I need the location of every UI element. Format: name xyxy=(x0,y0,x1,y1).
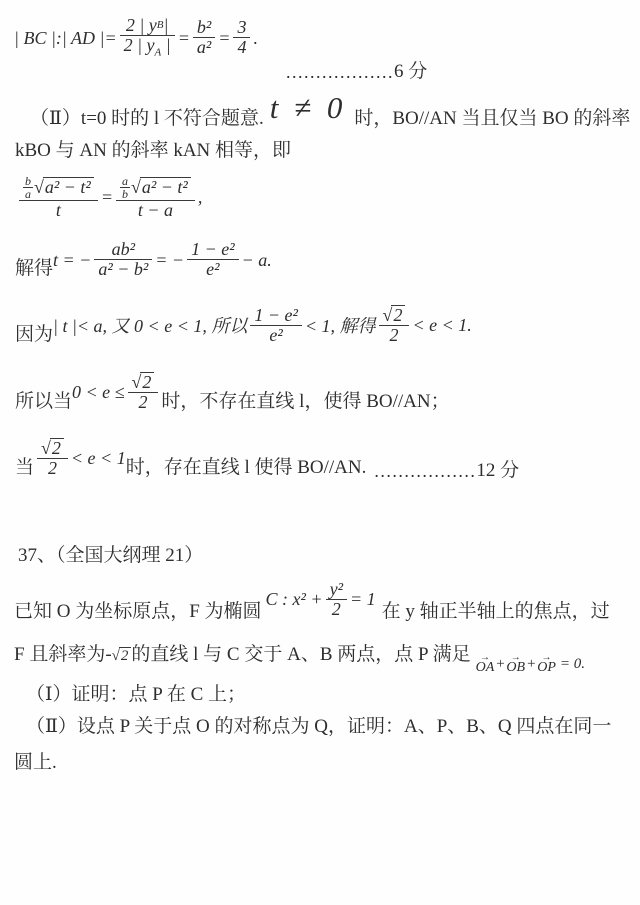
fraction-numerator: ab² xyxy=(94,240,152,259)
fraction-numerator: y² xyxy=(326,580,347,599)
small-den: b xyxy=(120,187,130,200)
radicand: 2 xyxy=(50,438,64,458)
small-num: b xyxy=(23,175,33,187)
equals-zero: = 0. xyxy=(560,656,585,673)
fraction-numerator: ba √a² − t² xyxy=(19,175,98,200)
formula-slopes-equal: ba √a² − t² t = ab √a² − t² t − a , xyxy=(16,175,202,220)
fraction-sqrt2-2: √2 2 xyxy=(128,372,159,413)
radical: √2 xyxy=(383,305,406,325)
fraction-numerator: 3 xyxy=(233,18,250,37)
line-circle-end: 圆上. xyxy=(14,750,57,777)
part2-text: （Ⅱ）设点 P 关于点 O 的对称点为 Q，证明：A、P、B、Q 四点在同一 xyxy=(26,714,611,741)
radicand: 2 xyxy=(119,647,132,665)
fraction-numerator: ab √a² − t² xyxy=(116,175,195,200)
label-therefore: 所以当 xyxy=(15,389,72,416)
line-when: 当 √2 2 < e < 1 时，存在直线 l 使得 BO//AN. .....… xyxy=(15,438,519,482)
given-text-a: 已知 O 为坐标原点，F 为椭圆 xyxy=(14,599,262,626)
fraction-denominator: e² xyxy=(250,325,302,345)
formula-e-range-2: √2 2 < e < 1 xyxy=(34,438,126,479)
formula-e-range-1: 0 < e ≤ √2 2 xyxy=(72,372,161,413)
problem-heading: 37、（全国大纲理 21） xyxy=(18,543,203,570)
fraction-denominator: 2 xyxy=(379,325,410,345)
t-equals: t = − xyxy=(53,250,91,271)
vector-ob: →OB xyxy=(506,654,525,675)
fraction-denominator: t xyxy=(19,200,98,220)
ineq-text-1: | t |< a, 又 0 < e < 1, 所以 xyxy=(53,312,247,338)
fraction-b2-a2: b² a² xyxy=(193,18,215,58)
fraction-numerator: √2 xyxy=(37,438,68,458)
circle-end-text: 圆上. xyxy=(14,750,57,777)
radical: √2 xyxy=(41,438,64,458)
num-close: | xyxy=(164,16,169,35)
dot-leader: .................. xyxy=(286,62,394,83)
conclusion-exists-line: 时，存在直线 l 使得 BO//AN. xyxy=(126,455,367,482)
slope-text-a: F 且斜率为- xyxy=(14,642,112,669)
period: . xyxy=(253,28,258,49)
ellipse-rhs: = 1 xyxy=(350,589,376,610)
fraction-1-e2: 1 − e² e² xyxy=(250,306,302,346)
line-given: 已知 O 为坐标原点，F 为椭圆 C : x² + y² 2 = 1 在 y 轴… xyxy=(14,580,610,626)
fraction-3-4: 3 4 xyxy=(233,18,250,58)
label-when: 当 xyxy=(15,455,34,482)
line-therefore: 所以当 0 < e ≤ √2 2 时，不存在直线 l，使得 BO//AN； xyxy=(15,372,450,416)
num-text: 2 | y xyxy=(126,16,157,35)
formula-ellipse: C : x² + y² 2 = 1 xyxy=(266,580,376,620)
formula-lhs: | BC |:| AD |= xyxy=(14,28,117,49)
range-pre: 0 < e ≤ xyxy=(72,382,125,403)
ellipse-lhs: C : x² + xyxy=(266,589,323,610)
vector-oa: →OA xyxy=(476,654,495,675)
document-page: | BC |:| AD |= 2 | yB | 2 | yA | = b² a²… xyxy=(0,0,640,905)
para-text-c: kBO 与 AN 的斜率 kAN 相等，即 xyxy=(15,138,291,165)
vector-equation: →OA + →OB + →OP = 0. xyxy=(475,654,585,675)
fraction-denominator: 2 xyxy=(37,458,68,478)
fraction-1-e2: 1 − e² e² xyxy=(187,240,239,280)
fraction-yb-ya: 2 | yB | 2 | yA | xyxy=(120,16,175,60)
vector-name: OA xyxy=(476,661,495,675)
small-fraction-a-b: ab xyxy=(120,175,130,200)
line-solve: 解得 t = − ab² a² − b² = − 1 − e² e² − a. xyxy=(15,240,272,283)
comma: , xyxy=(198,187,203,208)
vector-name: OP xyxy=(537,661,556,675)
equals-sign: = xyxy=(101,187,113,208)
problem-number: 37、（全国大纲理 21） xyxy=(18,543,203,570)
formula-t-value: t = − ab² a² − b² = − 1 − e² e² − a. xyxy=(53,240,272,280)
small-den: a xyxy=(23,187,33,200)
fraction-sqrt2-2: √2 2 xyxy=(37,438,68,479)
fraction-ab2: ab² a² − b² xyxy=(94,240,152,280)
fraction-y2-2: y² 2 xyxy=(326,580,347,620)
given-text-b: 在 y 轴正半轴上的焦点，过 xyxy=(382,599,610,626)
den-close: | xyxy=(161,35,170,55)
fraction-denominator: a² xyxy=(193,37,215,57)
label-because: 因为 xyxy=(15,322,53,349)
plus-sign: + xyxy=(526,656,536,673)
part1-text: （Ⅰ）证明：点 P 在 C 上； xyxy=(26,682,246,709)
range-mid: < e < 1 xyxy=(71,448,126,469)
line-part1: （Ⅰ）证明：点 P 在 C 上； xyxy=(26,682,246,709)
ineq-text-2: < 1, 解得 xyxy=(305,312,376,338)
den-text: 2 | y xyxy=(124,35,155,55)
para-text-b: 时，BO//AN 当且仅当 BO 的斜率 xyxy=(354,106,630,133)
fraction-numerator: 2 | yB | xyxy=(120,16,175,35)
fraction-numerator: 1 − e² xyxy=(187,240,239,259)
equals-sign: = xyxy=(218,28,230,49)
fraction-denominator: 2 xyxy=(128,392,159,412)
radicand: 2 xyxy=(391,305,405,325)
fraction-numerator: √2 xyxy=(379,305,410,325)
formula-bc-ad: | BC |:| AD |= 2 | yB | 2 | yA | = b² a²… xyxy=(14,16,258,60)
big-t-not-zero: t ≠ 0 xyxy=(270,92,347,123)
conclusion-no-line: 时，不存在直线 l，使得 BO//AN； xyxy=(161,389,449,416)
vector-name: OB xyxy=(506,661,525,675)
fraction-numerator: b² xyxy=(193,18,215,37)
fraction-denominator: 2 xyxy=(326,599,347,619)
line-because: 因为 | t |< a, 又 0 < e < 1, 所以 1 − e² e² <… xyxy=(15,305,472,349)
fraction-denominator: 2 | yA | xyxy=(120,35,175,59)
line-slope-condition: F 且斜率为- √2 的直线 l 与 C 交于 A、B 两点，点 P 满足 →O… xyxy=(14,642,585,679)
radical-sqrt2: √2 xyxy=(112,647,132,665)
score-line-6: .................. 6 分 xyxy=(286,56,427,83)
para-text-a: （Ⅱ）t=0 时的 l 不符合题意. xyxy=(30,106,264,133)
dot-leader: ................. xyxy=(374,461,476,482)
small-num: a xyxy=(120,175,130,187)
score-label: 6 分 xyxy=(394,56,427,83)
fraction-denominator: e² xyxy=(187,259,239,279)
subscript-b: B xyxy=(157,20,164,32)
slope-text-b: 的直线 l 与 C 交于 A、B 两点，点 P 满足 xyxy=(131,642,470,669)
radical: √2 xyxy=(132,372,155,392)
vector-op: →OP xyxy=(537,654,556,675)
fraction-denominator: 4 xyxy=(233,37,250,57)
score-label: 12 分 xyxy=(476,455,519,482)
fraction-denominator: a² − b² xyxy=(94,259,152,279)
fraction-numerator: √2 xyxy=(128,372,159,392)
radical: √a² − t² xyxy=(34,177,94,197)
label-solve: 解得 xyxy=(15,256,53,283)
radicand: a² − t² xyxy=(140,177,191,197)
fraction-left: ba √a² − t² t xyxy=(19,175,98,220)
formula-inequality: | t |< a, 又 0 < e < 1, 所以 1 − e² e² < 1,… xyxy=(53,305,472,346)
plus-sign: + xyxy=(495,656,505,673)
fraction-numerator: 1 − e² xyxy=(250,306,302,325)
para-part2-line2: kBO 与 AN 的斜率 kAN 相等，即 xyxy=(15,138,291,165)
radicand: a² − t² xyxy=(43,177,94,197)
equals-minus: = − xyxy=(155,250,184,271)
equals-sign: = xyxy=(178,28,190,49)
ineq-text-3: < e < 1. xyxy=(412,315,471,336)
radicand: 2 xyxy=(140,372,154,392)
fraction-right: ab √a² − t² t − a xyxy=(116,175,195,220)
radical: √a² − t² xyxy=(131,177,191,197)
small-fraction-b-a: ba xyxy=(23,175,33,200)
para-part2-line1: （Ⅱ）t=0 时的 l 不符合题意. t ≠ 0 时，BO//AN 当且仅当 B… xyxy=(30,92,630,133)
fraction-denominator: t − a xyxy=(116,200,195,220)
minus-a: − a. xyxy=(242,250,272,271)
fraction-sqrt2-2: √2 2 xyxy=(379,305,410,346)
line-part2: （Ⅱ）设点 P 关于点 O 的对称点为 Q，证明：A、P、B、Q 四点在同一 xyxy=(26,714,611,741)
